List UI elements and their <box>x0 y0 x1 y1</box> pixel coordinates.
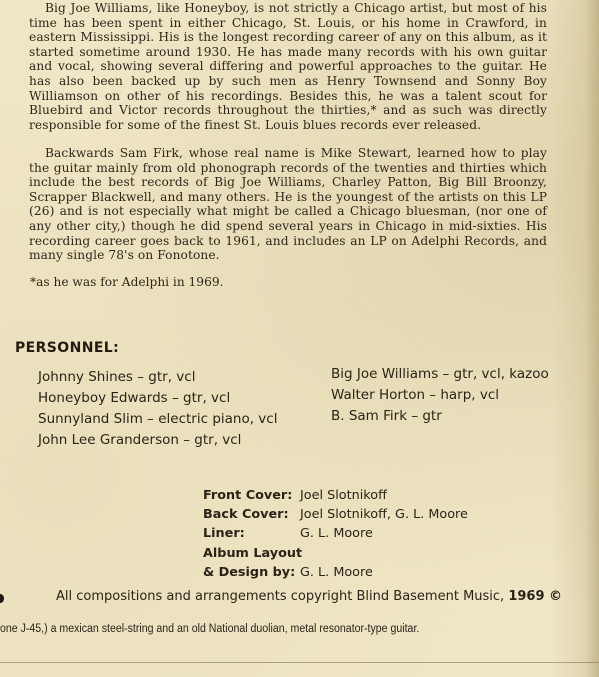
credit-label: Album Layout <box>203 544 300 563</box>
personnel-heading: PERSONNEL: <box>15 340 119 356</box>
credit-label: Back Cover: <box>203 505 300 524</box>
personnel-item: Walter Horton – harp, vcl <box>331 385 549 406</box>
personnel-left-column: Johnny Shines – gtr, vcl Honeyboy Edward… <box>38 367 277 451</box>
copyright-year: 1969 © <box>508 589 562 604</box>
guitar-note: one J-45,) a mexican steel-string and an… <box>0 623 419 635</box>
credit-label: Liner: <box>203 524 300 543</box>
personnel-item: Johnny Shines – gtr, vcl <box>38 367 277 388</box>
personnel-item: John Lee Granderson – gtr, vcl <box>38 430 277 451</box>
personnel-right-column: Big Joe Williams – gtr, vcl, kazoo Walte… <box>331 364 549 427</box>
credit-row-album-layout: Album Layout <box>203 544 468 563</box>
album-back-cover: Big Joe Williams, like Honeyboy, is not … <box>0 0 599 677</box>
credit-label: Front Cover: <box>203 486 300 505</box>
bullet-dot-icon <box>0 594 4 603</box>
credit-row-design-by: & Design by: G. L. Moore <box>203 563 468 582</box>
production-credits: Front Cover: Joel Slotnikoff Back Cover:… <box>203 486 468 582</box>
personnel-item: Honeyboy Edwards – gtr, vcl <box>38 388 277 409</box>
credit-row-front-cover: Front Cover: Joel Slotnikoff <box>203 486 468 505</box>
divider <box>0 662 599 663</box>
credit-value: G. L. Moore <box>300 563 373 582</box>
liner-notes-paragraph-sam-firk: Backwards Sam Firk, whose real name is M… <box>29 146 547 263</box>
copyright-text-wrap: All compositions and arrangements copyri… <box>56 589 562 604</box>
page-edge-shadow <box>585 0 599 677</box>
paragraph-text: Backwards Sam Firk, whose real name is M… <box>29 146 547 263</box>
credit-value: Joel Slotnikoff, G. L. Moore <box>300 505 468 524</box>
liner-notes-paragraph-big-joe-williams: Big Joe Williams, like Honeyboy, is not … <box>29 1 547 132</box>
personnel-item: Big Joe Williams – gtr, vcl, kazoo <box>331 364 549 385</box>
personnel-item: Sunnyland Slim – electric piano, vcl <box>38 409 277 430</box>
paragraph-text: Big Joe Williams, like Honeyboy, is not … <box>29 1 547 132</box>
credit-value: G. L. Moore <box>300 524 373 543</box>
credit-value: Joel Slotnikoff <box>300 486 387 505</box>
credit-label: & Design by: <box>203 563 300 582</box>
footnote: *as he was for Adelphi in 1969. <box>30 275 223 289</box>
personnel-item: B. Sam Firk – gtr <box>331 406 549 427</box>
credit-row-back-cover: Back Cover: Joel Slotnikoff, G. L. Moore <box>203 505 468 524</box>
credit-row-liner: Liner: G. L. Moore <box>203 524 468 543</box>
copyright-text: All compositions and arrangements copyri… <box>56 589 508 604</box>
